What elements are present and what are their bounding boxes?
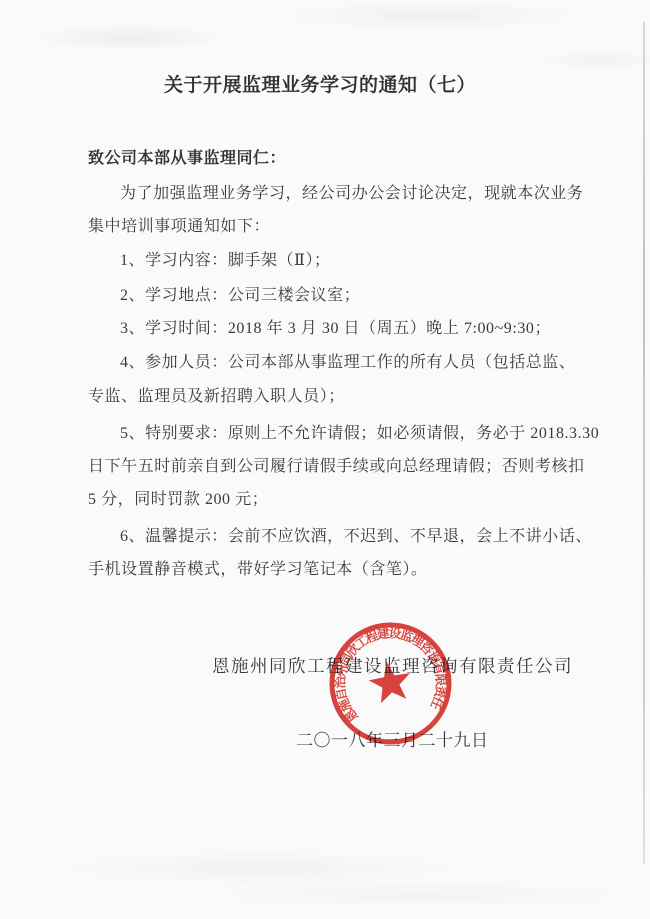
body-line: 2、学习地点：公司三楼会议室； <box>120 282 360 305</box>
page-title: 关于开展监理业务学习的通知（七） <box>0 70 640 97</box>
body-line: 集中培训事项通知如下： <box>88 213 270 236</box>
star-icon <box>366 658 414 704</box>
scanned-document-page: 关于开展监理业务学习的通知（七） 致公司本部从事监理同仁： 为了加强监理业务学习… <box>0 0 650 919</box>
body-line: 为了加强监理业务学习，经公司办公会讨论决定，现就本次业务 <box>120 180 583 203</box>
scan-edge-line <box>643 22 645 864</box>
body-line: 手机设置静音模式，带好学习笔记本（含笔）。 <box>88 556 428 579</box>
body-line: 日下午五时前亲自到公司履行请假手续或向总经理请假；否则考核扣 <box>88 453 585 476</box>
company-stamp: 恩施自治州同欣工程建设监理咨询有限责任公司 <box>315 608 467 760</box>
salutation-line: 致公司本部从事监理同仁： <box>88 145 286 168</box>
body-line: 5、特别要求：原则上不允许请假；如必须请假，务必于 2018.3.30 <box>120 420 599 443</box>
body-line: 5 分，同时罚款 200 元； <box>88 486 268 509</box>
body-line: 3、学习时间：2018 年 3 月 30 日（周五）晚上 7:00~9:30； <box>120 315 551 338</box>
body-line: 1、学习内容：脚手架（Ⅱ）； <box>120 247 331 270</box>
body-line: 4、参加人员：公司本部从事监理工作的所有人员（包括总监、 <box>120 349 575 372</box>
body-line: 专监、监理员及新招聘入职人员）； <box>88 383 345 406</box>
body-line: 6、温馨提示：会前不应饮酒，不迟到、不早退，会上不讲小话、 <box>120 523 592 546</box>
